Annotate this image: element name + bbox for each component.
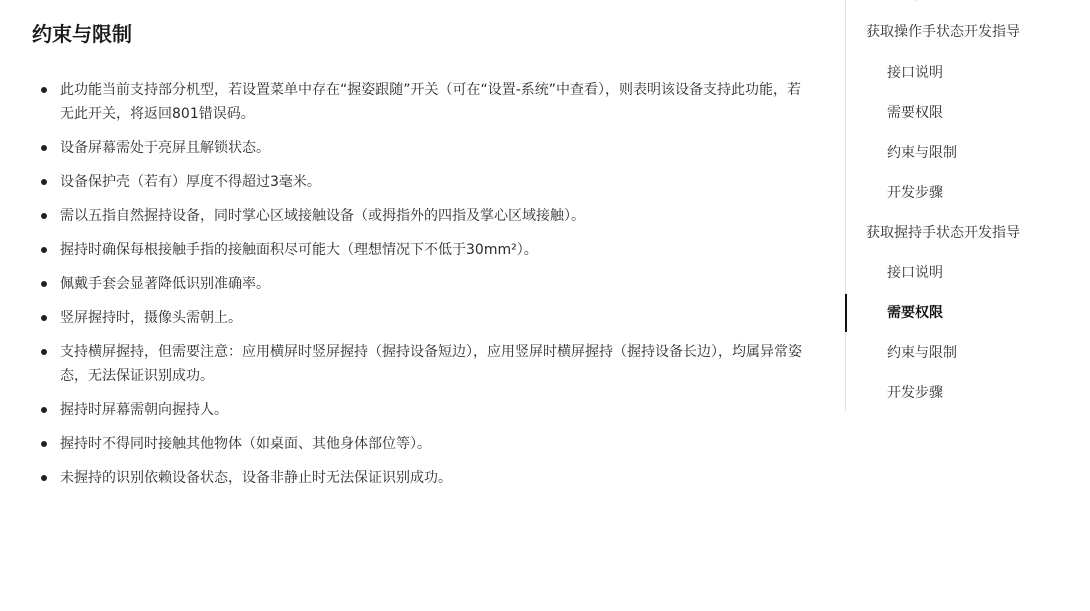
- toc-item-permissions-active[interactable]: 需要权限: [846, 301, 943, 325]
- list-item: 需以五指自然握持设备，同时掌心区域接触设备（或拇指外的四指及掌心区域接触）。: [32, 204, 812, 228]
- toc-item-operating-hand-guide[interactable]: 获取操作手状态开发指导: [846, 20, 1020, 44]
- toc-item-api-description[interactable]: 接口说明: [846, 261, 943, 285]
- bullet-icon: [41, 281, 47, 287]
- list-item: 设备保护壳（若有）厚度不得超过3毫米。: [32, 170, 812, 194]
- toc-item-holding-hand-guide[interactable]: 获取握持手状态开发指导: [846, 221, 1020, 245]
- bullet-icon: [41, 315, 47, 321]
- bullet-icon: [41, 349, 47, 355]
- list-item-text: 握持时不得同时接触其他物体（如桌面、其他身体部位等）。: [60, 436, 431, 452]
- list-item-text: 佩戴手套会显著降低识别准确率。: [60, 276, 270, 292]
- list-item: 握持时屏幕需朝向握持人。: [32, 398, 812, 422]
- list-item-text: 设备保护壳（若有）厚度不得超过3毫米。: [60, 174, 321, 190]
- toc-item-permissions[interactable]: 需要权限: [846, 101, 943, 125]
- list-item-text: 此功能当前支持部分机型，若设置菜单中存在“握姿跟随”开关（可在“设置-系统”中查…: [60, 82, 801, 122]
- toc-item-dev-steps[interactable]: 开发步骤: [846, 181, 943, 205]
- constraints-list: 此功能当前支持部分机型，若设置菜单中存在“握姿跟随”开关（可在“设置-系统”中查…: [32, 78, 812, 500]
- table-of-contents: 开发步骤 获取操作手状态开发指导 接口说明 需要权限 约束与限制 开发步骤 获取…: [845, 0, 1090, 411]
- bullet-icon: [41, 407, 47, 413]
- list-item: 佩戴手套会显著降低识别准确率。: [32, 272, 812, 296]
- list-item-text: 握持时屏幕需朝向握持人。: [60, 402, 228, 418]
- bullet-icon: [41, 247, 47, 253]
- bullet-icon: [41, 475, 47, 481]
- list-item: 握持时确保每根接触手指的接触面积尽可能大（理想情况下不低于30mm²）。: [32, 238, 812, 262]
- list-item-text: 支持横屏握持，但需要注意：应用横屏时竖屏握持（握持设备短边），应用竖屏时横屏握持…: [60, 344, 802, 384]
- list-item-text: 握持时确保每根接触手指的接触面积尽可能大（理想情况下不低于30mm²）。: [60, 242, 538, 258]
- list-item-text: 需以五指自然握持设备，同时掌心区域接触设备（或拇指外的四指及掌心区域接触）。: [60, 208, 585, 224]
- bullet-icon: [41, 87, 47, 93]
- list-item: 未握持的识别依赖设备状态，设备非静止时无法保证识别成功。: [32, 466, 812, 490]
- document-page: 约束与限制 此功能当前支持部分机型，若设置菜单中存在“握姿跟随”开关（可在“设置…: [0, 0, 1090, 611]
- toc-item-partial[interactable]: 开发步骤: [886, 0, 942, 4]
- list-item-text: 设备屏幕需处于亮屏且解锁状态。: [60, 140, 270, 156]
- bullet-icon: [41, 179, 47, 185]
- bullet-icon: [41, 441, 47, 447]
- list-item-text: 竖屏握持时，摄像头需朝上。: [60, 310, 242, 326]
- list-item: 握持时不得同时接触其他物体（如桌面、其他身体部位等）。: [32, 432, 812, 456]
- list-item: 支持横屏握持，但需要注意：应用横屏时竖屏握持（握持设备短边），应用竖屏时横屏握持…: [32, 340, 812, 388]
- list-item: 此功能当前支持部分机型，若设置菜单中存在“握姿跟随”开关（可在“设置-系统”中查…: [32, 78, 812, 126]
- toc-item-constraints[interactable]: 约束与限制: [846, 341, 957, 365]
- toc-item-dev-steps[interactable]: 开发步骤: [846, 381, 943, 405]
- toc-item-api-description[interactable]: 接口说明: [846, 61, 943, 85]
- section-title: 约束与限制: [32, 20, 132, 48]
- toc-item-constraints[interactable]: 约束与限制: [846, 141, 957, 165]
- bullet-icon: [41, 213, 47, 219]
- bullet-icon: [41, 145, 47, 151]
- list-item: 竖屏握持时，摄像头需朝上。: [32, 306, 812, 330]
- list-item: 设备屏幕需处于亮屏且解锁状态。: [32, 136, 812, 160]
- list-item-text: 未握持的识别依赖设备状态，设备非静止时无法保证识别成功。: [60, 470, 452, 486]
